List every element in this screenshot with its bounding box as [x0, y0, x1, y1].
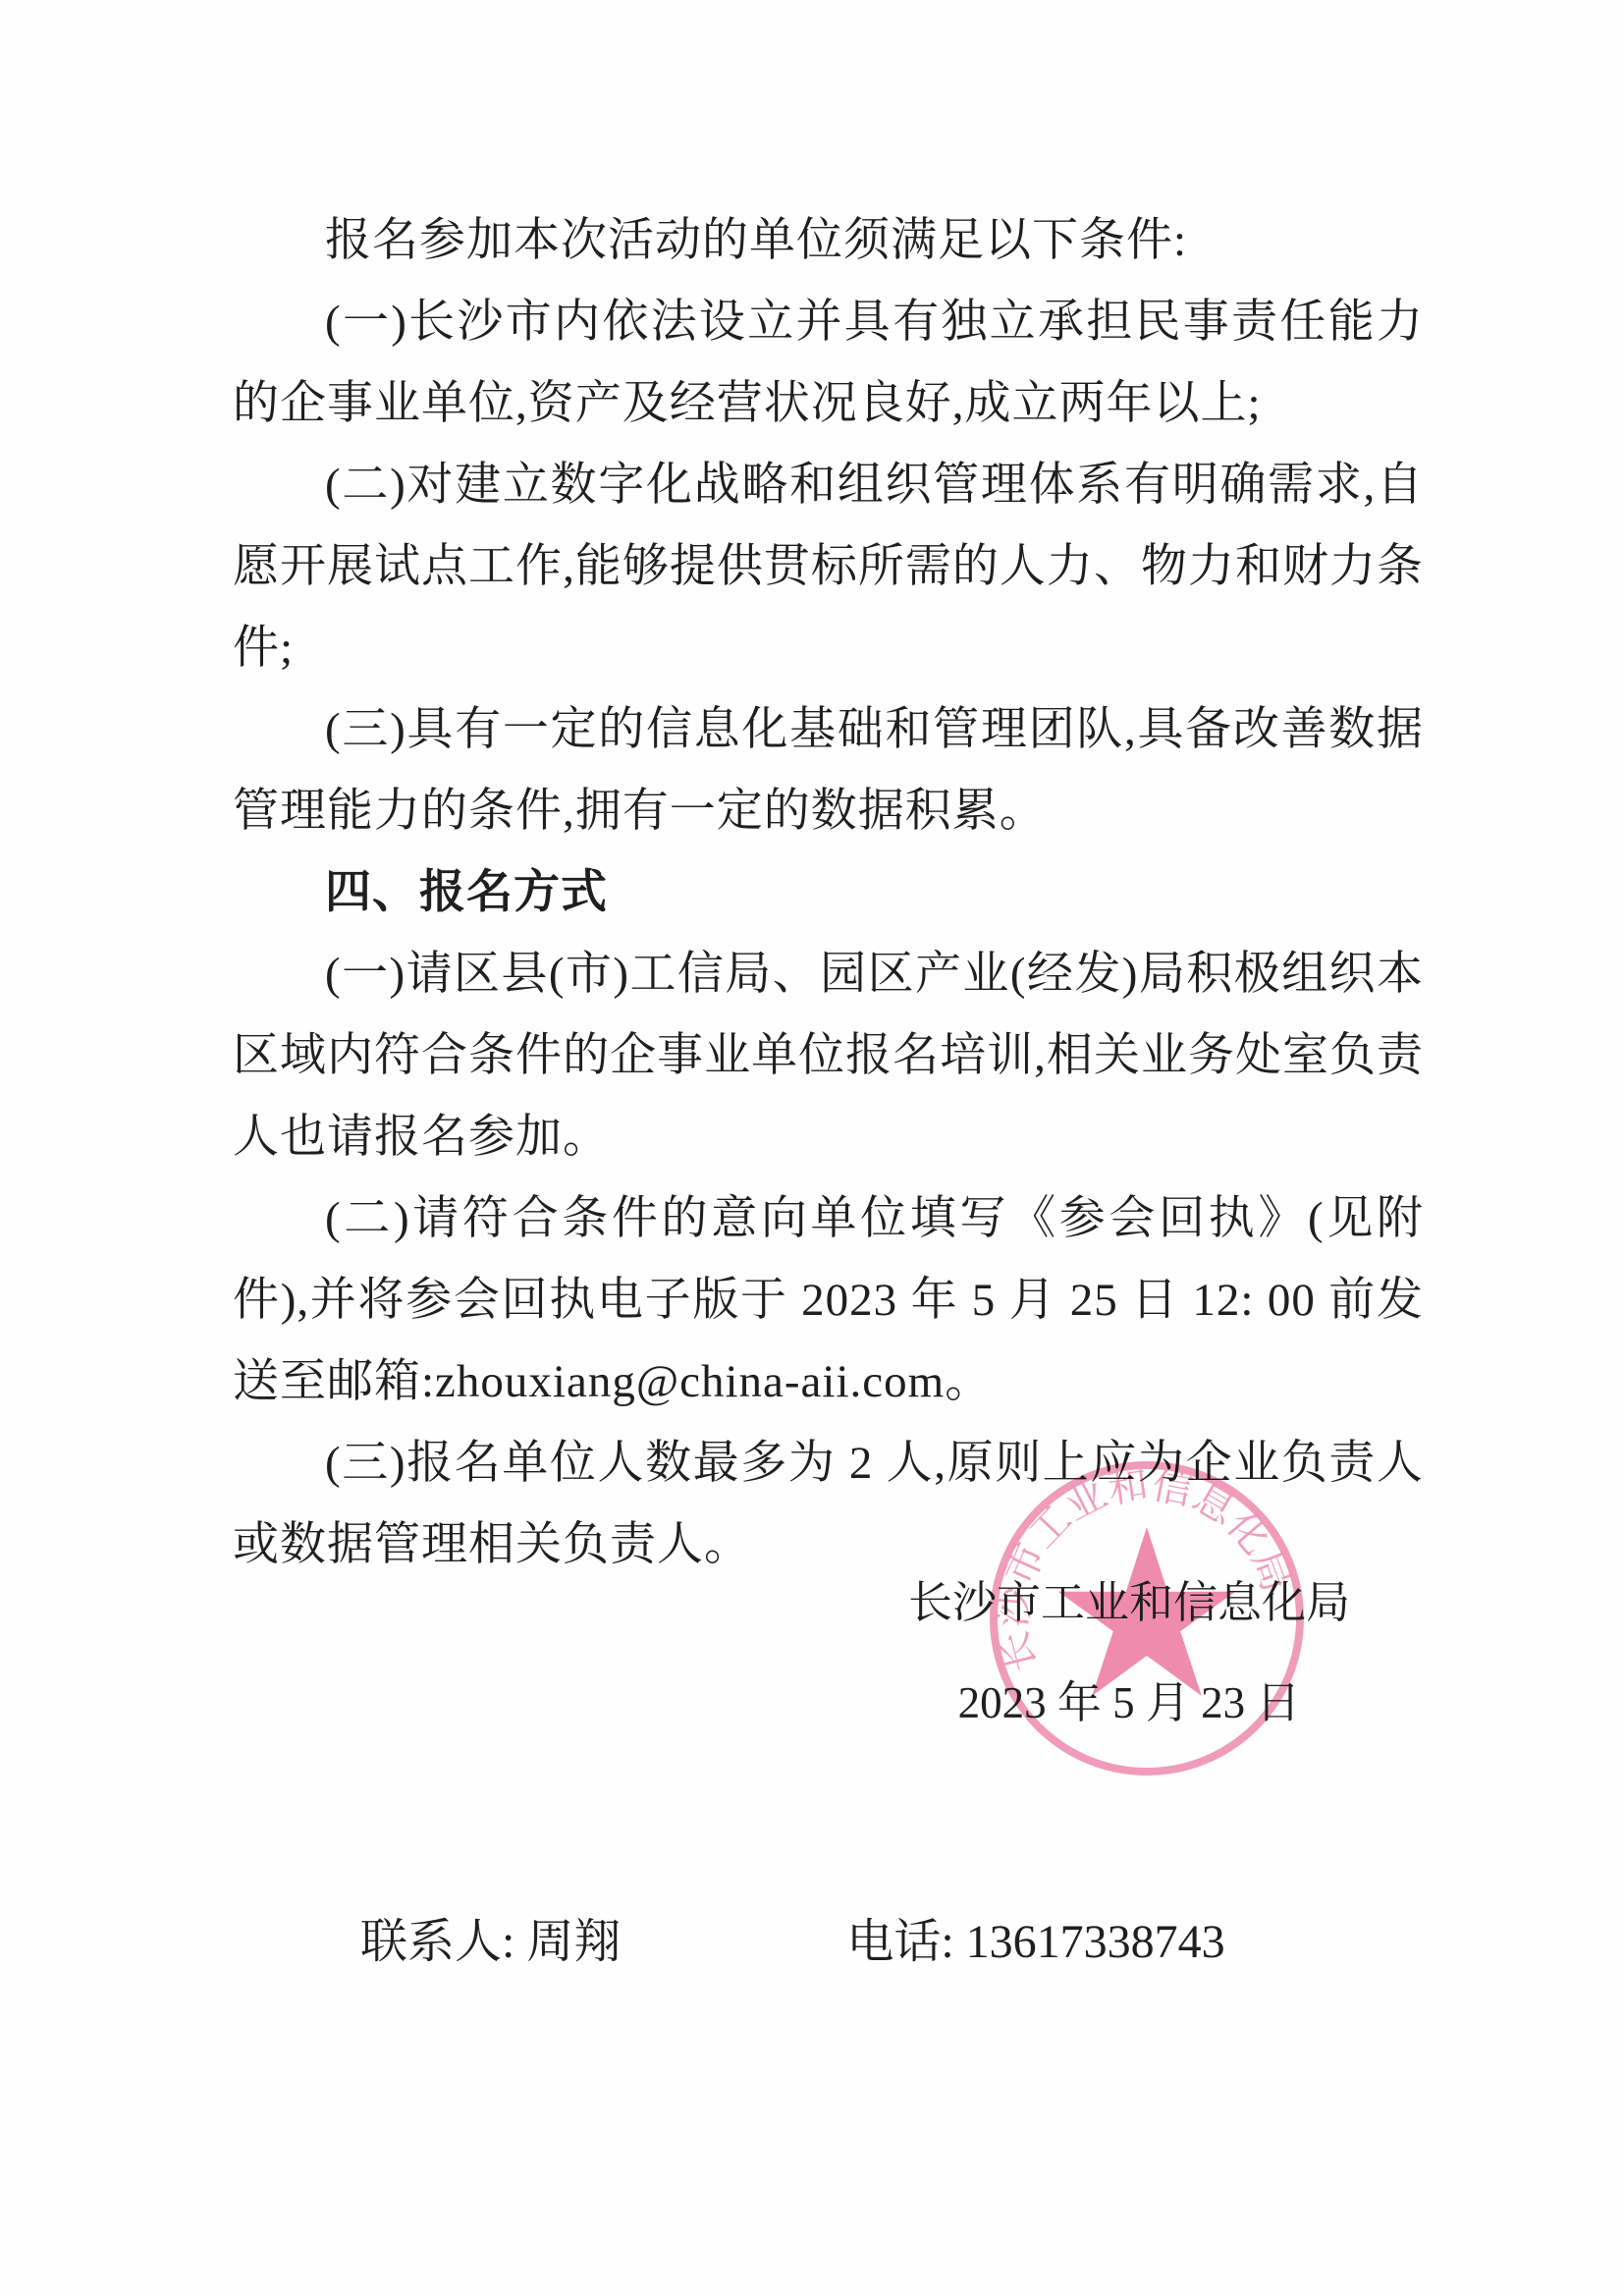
contact-phone: 电话: 13617338743 [846, 1916, 1224, 1968]
signature-block: 长沙市工业和信息化局 2023 年 5 月 23 日 [898, 1573, 1360, 1732]
paragraph-condition-2: (二)对建立数字化战略和组织管理体系有明确需求,自愿开展试点工作,能够提供贯标所… [233, 445, 1424, 689]
paragraph-conditions-intro: 报名参加本次活动的单位须满足以下条件: [233, 200, 1424, 282]
document-page: 报名参加本次活动的单位须满足以下条件: (一)长沙市内依法设立并具有独立承担民事… [0, 0, 1623, 2296]
contact-person: 联系人: 周翔 [360, 1916, 621, 1968]
paragraph-method-2-email: (二)请符合条件的意向单位填写《参会回执》(见附件),并将参会回执电子版于 20… [233, 1178, 1424, 1423]
paragraph-method-1: (一)请区县(市)工信局、园区产业(经发)局积极组织本区域内符合条件的企事业单位… [233, 934, 1424, 1178]
document-body: 报名参加本次活动的单位须满足以下条件: (一)长沙市内依法设立并具有独立承担民事… [233, 200, 1424, 1586]
paragraph-condition-3: (三)具有一定的信息化基础和管理团队,具备改善数据管理能力的条件,拥有一定的数据… [233, 689, 1424, 852]
paragraph-condition-1: (一)长沙市内依法设立并具有独立承担民事责任能力的企事业单位,资产及经营状况良好… [233, 282, 1424, 445]
signature-organization: 长沙市工业和信息化局 [898, 1573, 1360, 1632]
signature-date: 2023 年 5 月 23 日 [898, 1673, 1360, 1732]
contact-line: 联系人: 周翔 电话: 13617338743 [233, 1911, 1424, 1974]
section-heading-registration-method: 四、报名方式 [233, 852, 1424, 934]
